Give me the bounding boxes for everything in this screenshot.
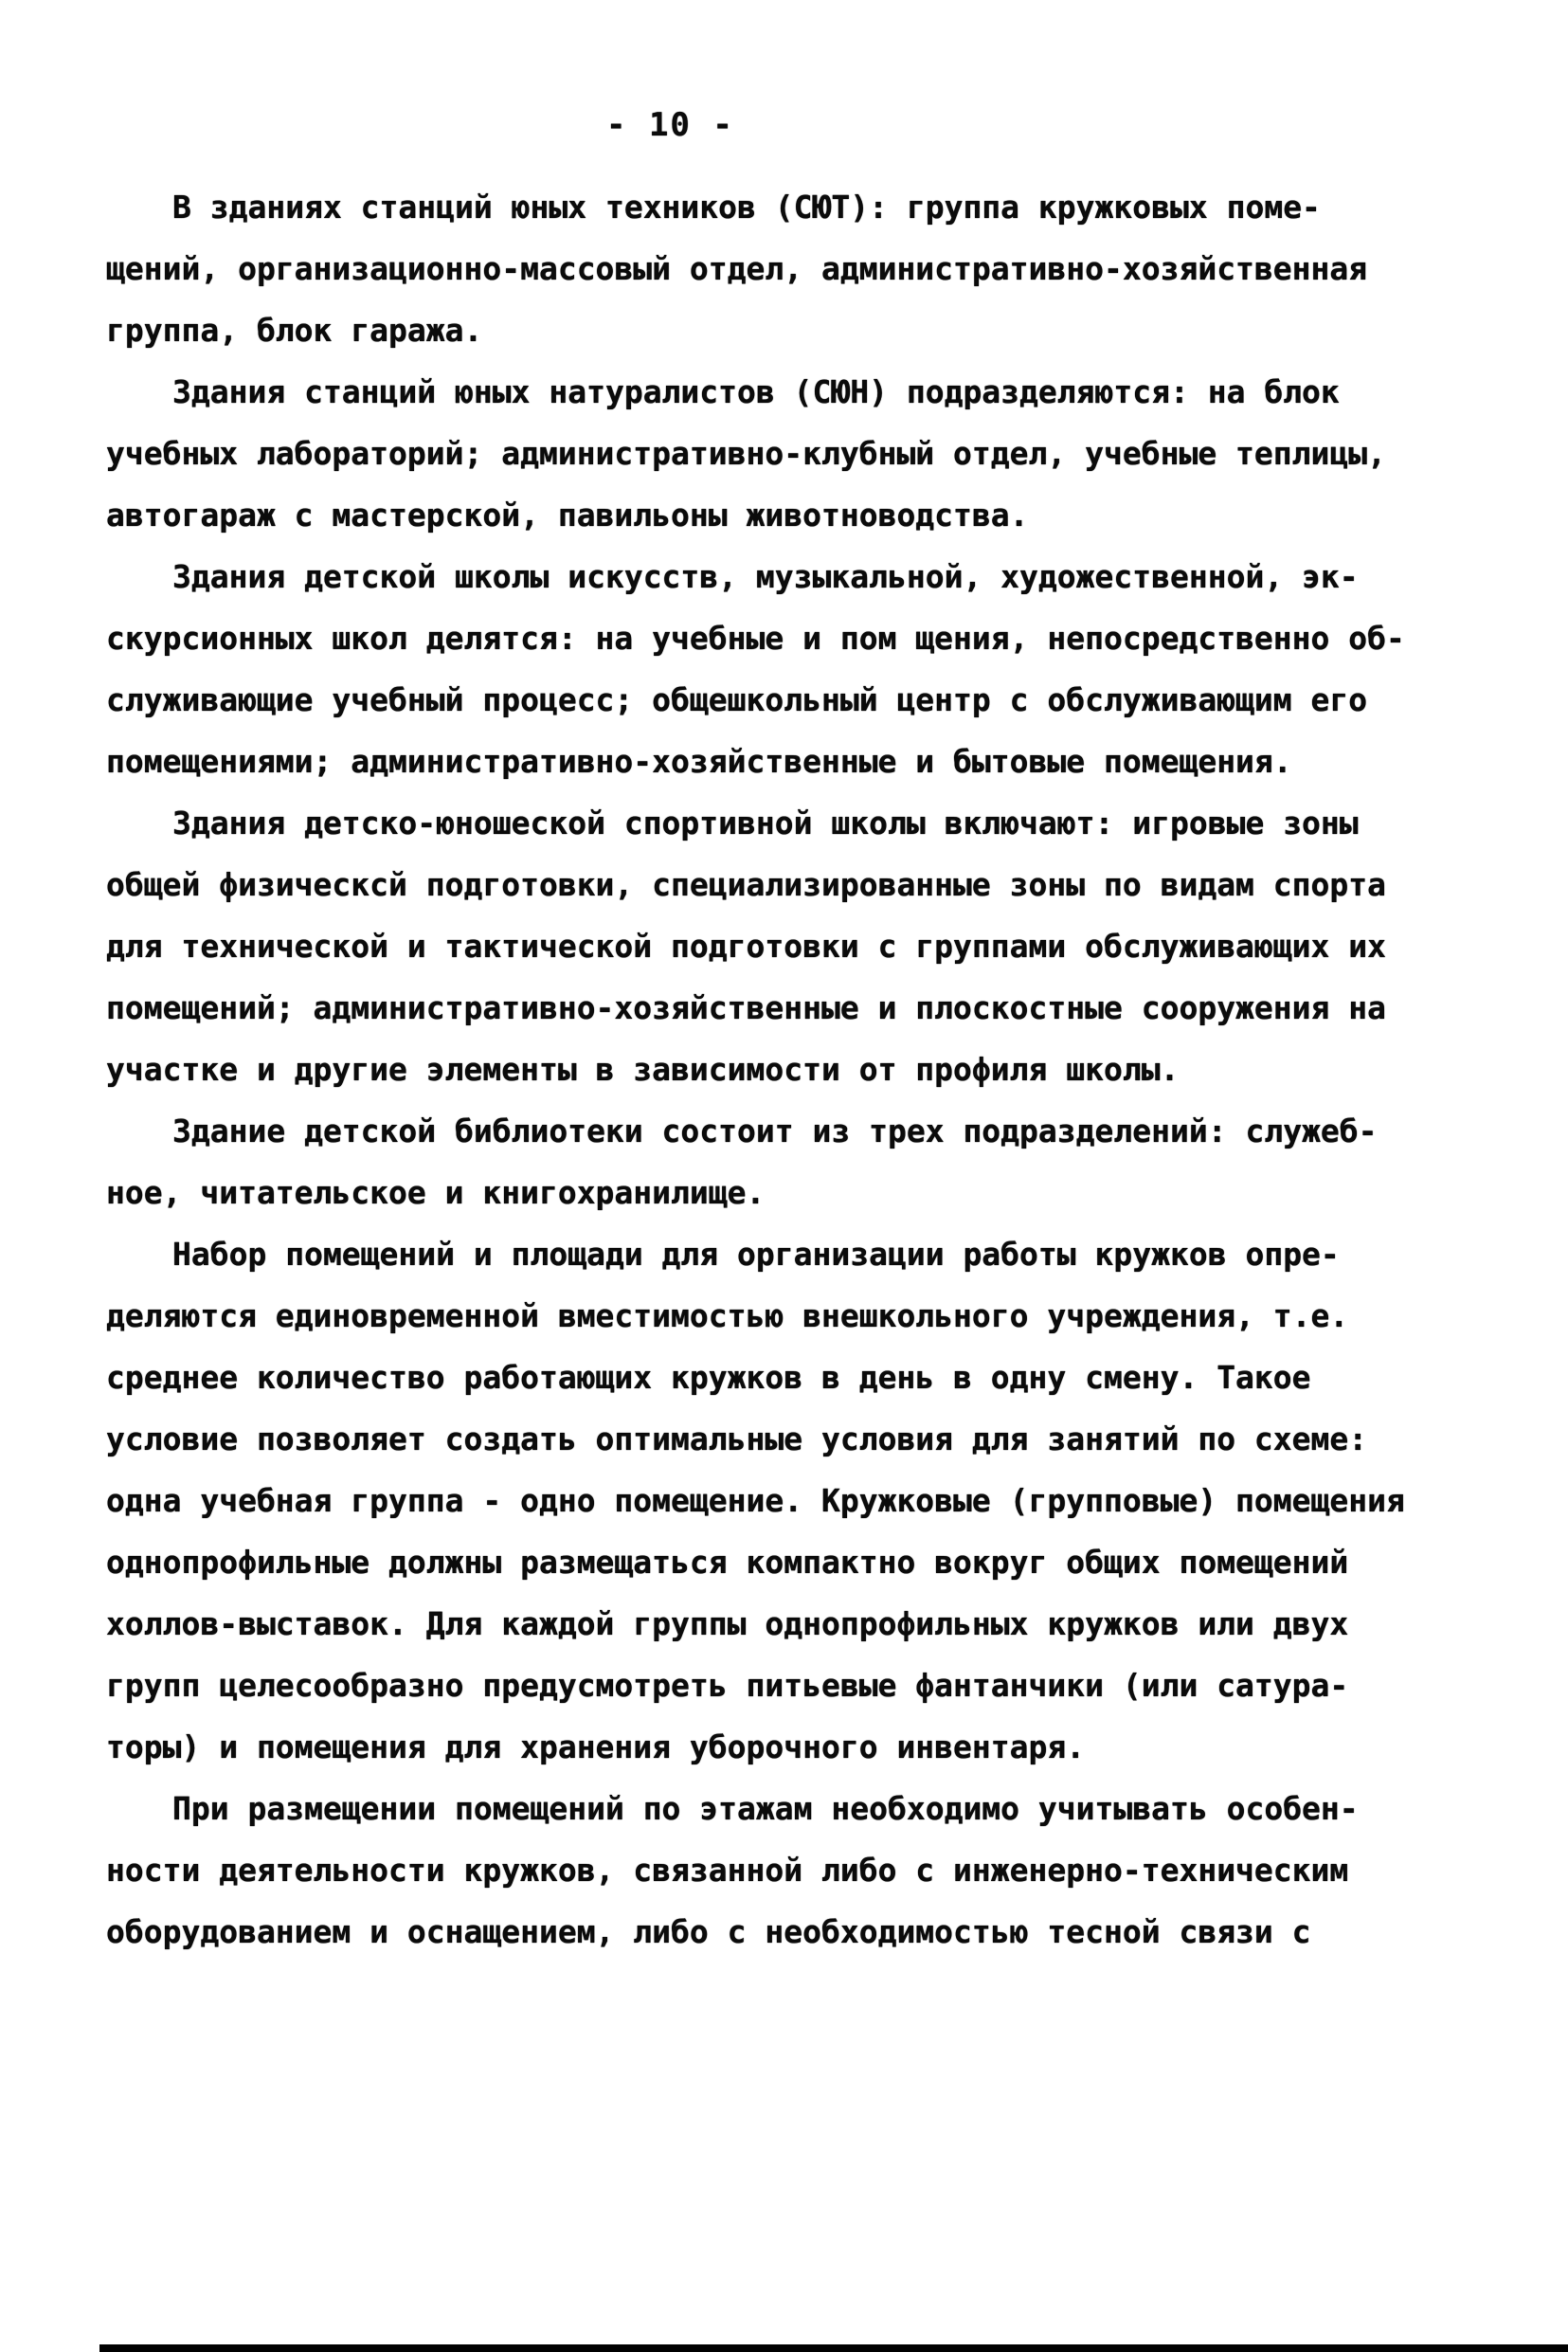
text-line: помещений; административно-хозяйственные… — [106, 977, 1499, 1039]
scanned-document-page: - 10 - В зданиях станций юных техников (… — [0, 0, 1568, 2352]
text-line: одна учебная группа - одно помещение. Кр… — [106, 1470, 1499, 1531]
text-line: оборудованием и оснащением, либо с необх… — [106, 1901, 1499, 1963]
text-line: Здания детской школы искусств, музыкальн… — [106, 546, 1499, 607]
text-line: помещениями; административно-хозяйственн… — [106, 731, 1499, 792]
text-line: учебных лабораторий; административно-клу… — [106, 423, 1499, 484]
text-line: торы) и помещения для хранения уборочног… — [106, 1716, 1499, 1778]
page-number: - 10 - — [606, 106, 734, 144]
document-body: В зданиях станций юных техников (СЮТ): г… — [106, 176, 1499, 1963]
text-line: условие позволяет создать оптимальные ус… — [106, 1408, 1499, 1470]
text-line: группа, блок гаража. — [106, 299, 1499, 361]
text-line: При размещении помещений по этажам необх… — [106, 1778, 1499, 1839]
text-line: Набор помещений и площади для организаци… — [106, 1223, 1499, 1285]
text-line: участке и другие элементы в зависимости … — [106, 1039, 1499, 1100]
text-line: однопрофильные должны размещаться компак… — [106, 1531, 1499, 1593]
text-line: ности деятельности кружков, связанной ли… — [106, 1839, 1499, 1901]
text-line: Здания детско-юношеской спортивной школы… — [106, 792, 1499, 854]
text-line: групп целесообразно предусмотреть питьев… — [106, 1655, 1499, 1716]
text-line: В зданиях станций юных техников (СЮТ): г… — [106, 176, 1499, 238]
text-line: автогараж с мастерской, павильоны животн… — [106, 484, 1499, 546]
text-line: ное, читательское и книгохранилище. — [106, 1162, 1499, 1223]
text-line: Здания станций юных натуралистов (СЮН) п… — [106, 361, 1499, 423]
text-line: служивающие учебный процесс; общешкольны… — [106, 669, 1499, 731]
text-line: для технической и тактической подготовки… — [106, 915, 1499, 977]
scan-artifact-bar — [99, 2344, 1568, 2352]
text-line: среднее количество работающих кружков в … — [106, 1347, 1499, 1408]
text-line: скурсионных школ делятся: на учебные и п… — [106, 607, 1499, 669]
text-line: общей физическсй подготовки, специализир… — [106, 854, 1499, 915]
text-line: холлов-выставок. Для каждой группы одноп… — [106, 1593, 1499, 1655]
text-line: Здание детской библиотеки состоит из тре… — [106, 1100, 1499, 1162]
text-line: деляются единовременной вместимостью вне… — [106, 1285, 1499, 1347]
text-line: щений, организационно-массовый отдел, ад… — [106, 238, 1499, 299]
